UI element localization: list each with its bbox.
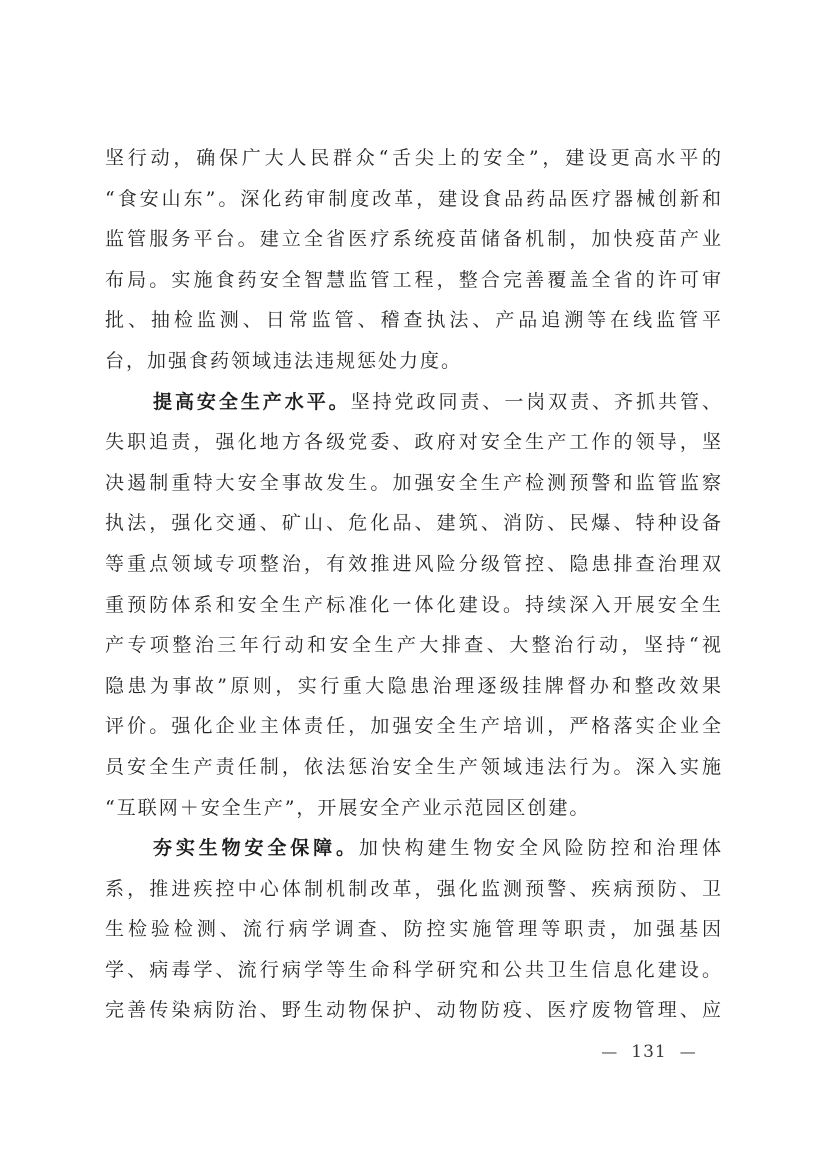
text-line: 提高安全生产水平。坚持党政同责、一岗双责、齐抓共管、 (105, 382, 723, 423)
text-line: 失职追责，强化地方各级党委、政府对安全生产工作的领导，坚 (105, 422, 723, 463)
page-number: — 131 — (597, 1040, 701, 1064)
text-line: 台，加强食药领域违法违规惩处力度。 (105, 341, 723, 382)
text-line: 员安全生产责任制，依法惩治安全生产领域违法行为。深入实施 (105, 747, 723, 788)
text-line: 等重点领域专项整治，有效推进风险分级管控、隐患排查治理双 (105, 544, 723, 585)
paragraph-heading: 提高安全生产水平。 (153, 391, 351, 413)
text-line: “互联网＋安全生产”，开展安全产业示范园区创建。 (105, 788, 723, 829)
text-line: 评价。强化企业主体责任，加强安全生产培训，严格落实企业全 (105, 706, 723, 747)
text-line: 坚行动，确保广大人民群众“舌尖上的安全”，建设更高水平的 (105, 138, 723, 179)
text-line: 决遏制重特大安全事故发生。加强安全生产检测预警和监管监察 (105, 463, 723, 504)
text-line: 重预防体系和安全生产标准化一体化建设。持续深入开展安全生 (105, 585, 723, 626)
paragraph-heading: 夯实生物安全保障。 (153, 837, 359, 859)
text-line: 批、抽检监测、日常监管、稽查执法、产品追溯等在线监管平 (105, 300, 723, 341)
page-number-right-dash: — (680, 1042, 697, 1061)
text-line: 夯实生物安全保障。加快构建生物安全风险防控和治理体 (105, 828, 723, 869)
text-line: 完善传染病防治、野生动物保护、动物防疫、医疗废物管理、应 (105, 990, 723, 1031)
text-line: 执法，强化交通、矿山、危化品、建筑、消防、民爆、特种设备 (105, 503, 723, 544)
text-line: 产专项整治三年行动和安全生产大排查、大整治行动，坚持“视 (105, 625, 723, 666)
page-number-value: 131 (631, 1042, 666, 1062)
text-line: 布局。实施食药安全智慧监管工程，整合完善覆盖全省的许可审 (105, 260, 723, 301)
text-line: 生检验检测、流行病学调查、防控实施管理等职责，加强基因 (105, 909, 723, 950)
text-line: 系，推进疾控中心体制机制改革，强化监测预警、疾病预防、卫 (105, 869, 723, 910)
body-text: 坚行动，确保广大人民群众“舌尖上的安全”，建设更高水平的“食安山东”。深化药审制… (105, 138, 723, 1031)
text-line: 监管服务平台。建立全省医疗系统疫苗储备机制，加快疫苗产业 (105, 219, 723, 260)
text-line: 隐患为事故”原则，实行重大隐患治理逐级挂牌督办和整改效果 (105, 666, 723, 707)
text-line: “食安山东”。深化药审制度改革，建设食品药品医疗器械创新和 (105, 179, 723, 220)
document-page: 坚行动，确保广大人民群众“舌尖上的安全”，建设更高水平的“食安山东”。深化药审制… (0, 0, 827, 1169)
text-line: 学、病毒学、流行病学等生命科学研究和公共卫生信息化建设。 (105, 950, 723, 991)
page-number-left-dash: — (601, 1042, 618, 1061)
